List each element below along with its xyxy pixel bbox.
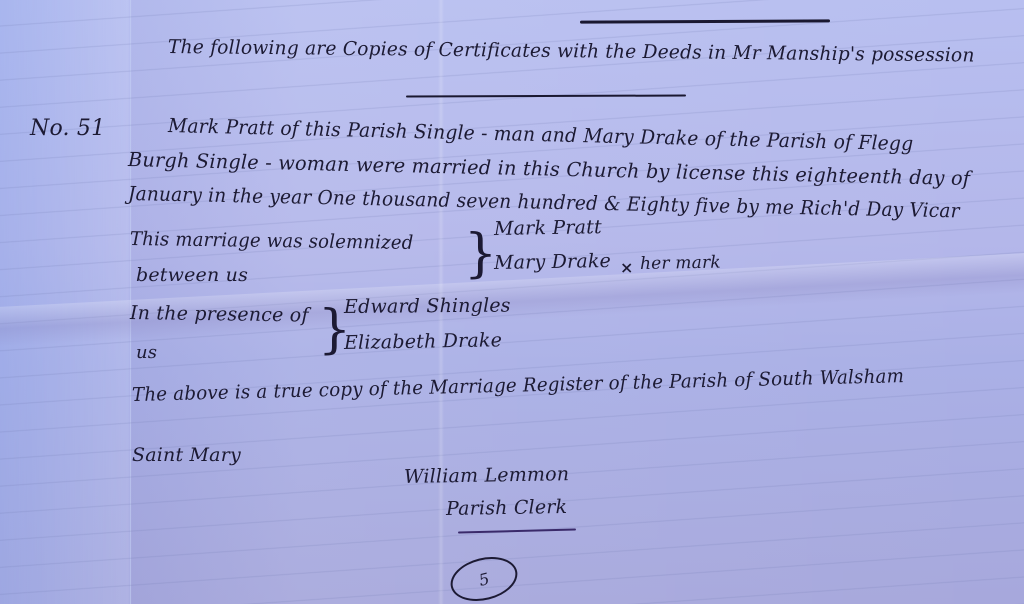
witness-1: Edward Shingles [344,295,511,318]
party-groom: Mark Pratt [494,216,602,240]
witness-label: In the presence of [130,302,309,326]
solemnized-label: This marriage was solemnized [130,228,414,254]
signature-title: Parish Clerk [446,496,568,520]
bride-mark-cross: × [620,258,634,277]
solemnized-brace: } [464,228,497,280]
party-bride: Mary Drake [494,250,611,274]
bride-mark-text: her mark [640,253,721,274]
solemnized-between-us: between us [136,264,248,286]
entry-number: No. 51 [30,116,105,141]
page-number: 5 [477,569,491,590]
witness-2: Elizabeth Drake [344,329,502,354]
signature-name: William Lemmon [404,463,570,488]
certification-line-2: Saint Mary [132,444,241,466]
witness-us: us [136,342,157,363]
